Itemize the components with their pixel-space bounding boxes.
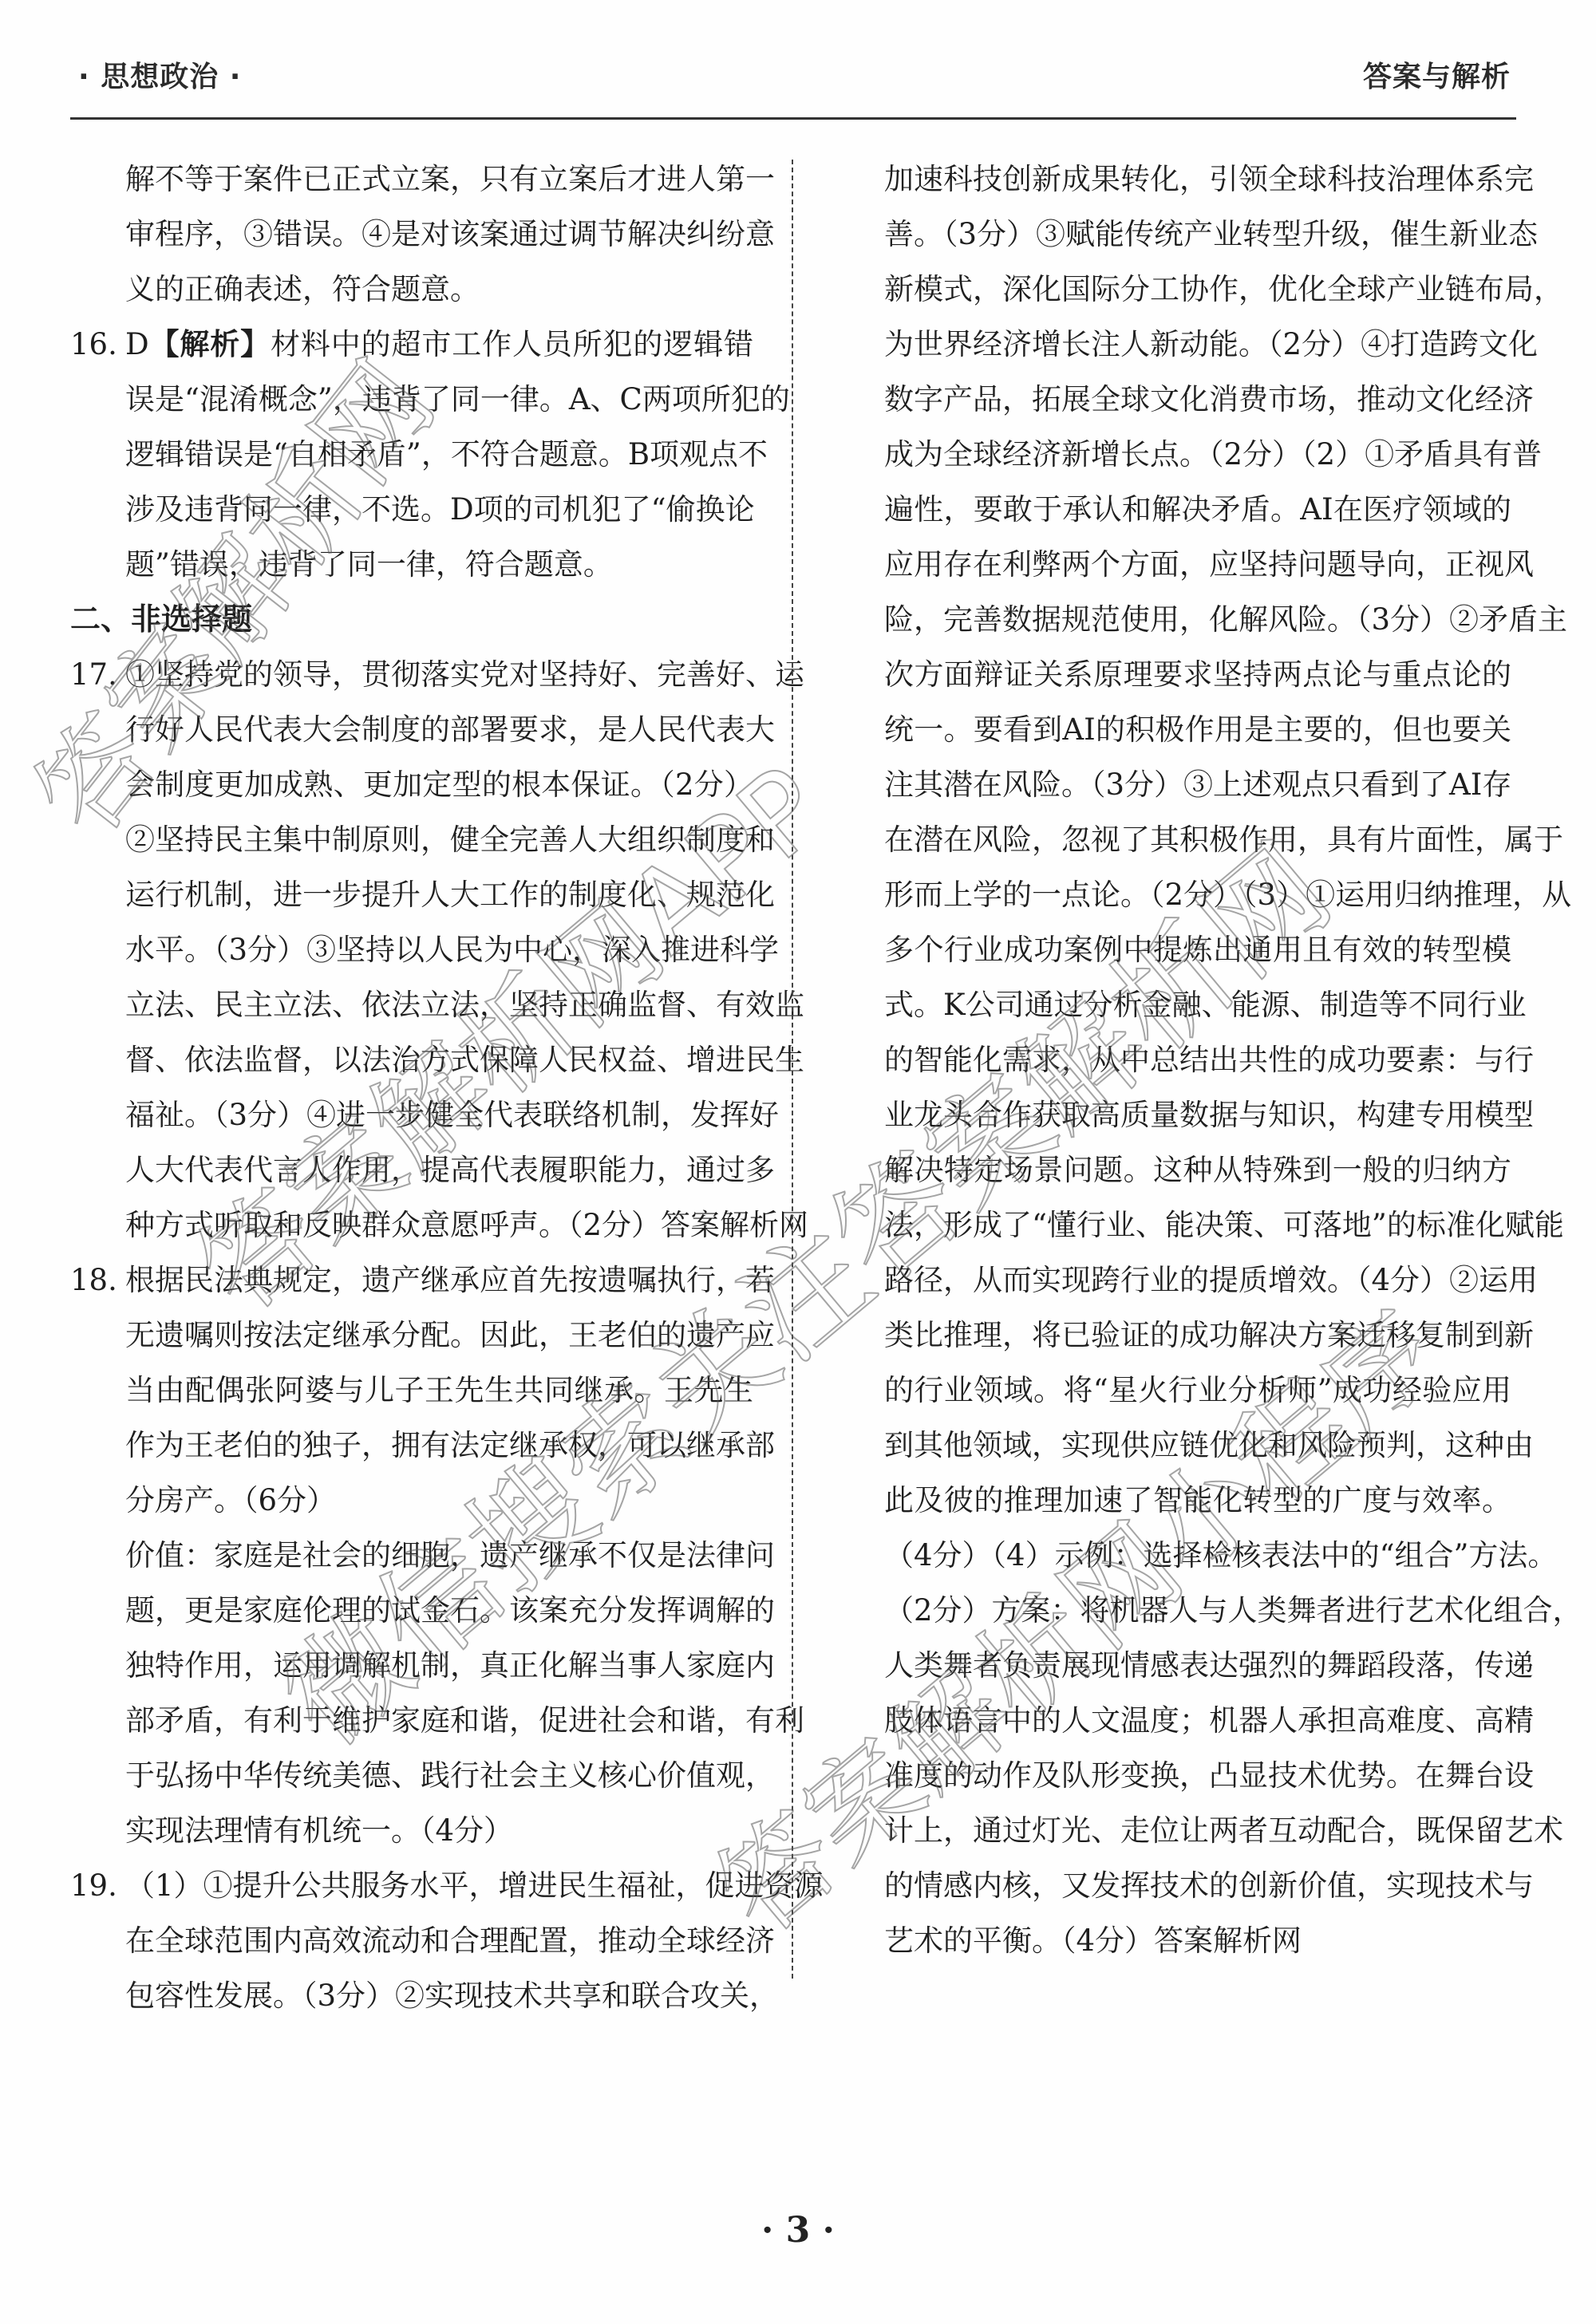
line-text: D【解析】材料中的超市工作人员所犯的逻辑错 bbox=[125, 317, 753, 372]
text-line: 次方面辩证关系原理要求坚持两点论与重点论的 bbox=[884, 647, 1511, 702]
line-text: 分房产。（6分） bbox=[125, 1473, 753, 1528]
text-line: 福祉。（3分）④进一步健全代表联络机制，发挥好 bbox=[70, 1087, 753, 1142]
line-text: 价值：家庭是社会的细胞，遗产继承不仅是法律问 bbox=[125, 1528, 753, 1583]
line-text: 水平。（3分）③坚持以人民为中心，深入推进科学 bbox=[125, 922, 753, 977]
line-text: 次方面辩证关系原理要求坚持两点论与重点论的 bbox=[884, 647, 1511, 702]
line-text: 误是“混淆概念”，违背了同一律。A、C两项所犯的 bbox=[125, 372, 753, 427]
line-text: 式。K公司通过分析金融、能源、制造等不同行业 bbox=[884, 977, 1511, 1032]
line-text: 独特作用，运用调解机制，真正化解当事人家庭内 bbox=[125, 1638, 753, 1693]
line-text: 涉及违背同一律，不选。D项的司机犯了“偷换论 bbox=[125, 482, 753, 537]
line-text: 无遗嘱则按法定继承分配。因此，王老伯的遗产应 bbox=[125, 1308, 753, 1363]
line-text: （2分）方案：将机器人与人类舞者进行艺术化组合， bbox=[884, 1583, 1511, 1638]
line-text: 业龙头合作获取高质量数据与知识，构建专用模型 bbox=[884, 1087, 1511, 1142]
text-line: 善。（3分）③赋能传统产业转型升级，催生新业态 bbox=[884, 207, 1511, 262]
text-line: 无遗嘱则按法定继承分配。因此，王老伯的遗产应 bbox=[70, 1308, 753, 1363]
text-line: 价值：家庭是社会的细胞，遗产继承不仅是法律问 bbox=[70, 1528, 753, 1583]
text-line: 包容性发展。（3分）②实现技术共享和联合攻关， bbox=[70, 1968, 753, 2023]
text-line: 16.D【解析】材料中的超市工作人员所犯的逻辑错 bbox=[70, 317, 753, 372]
line-text: 险，完善数据规范使用，化解风险。（3分）②矛盾主 bbox=[884, 592, 1511, 647]
question-number: 16. bbox=[70, 317, 117, 372]
line-text: 遍性，要敢于承认和解决矛盾。AI在医疗领域的 bbox=[884, 482, 1511, 537]
line-text: 运行机制，进一步提升人大工作的制度化、规范化 bbox=[125, 867, 753, 922]
line-text: 义的正确表述，符合题意。 bbox=[125, 262, 753, 317]
document-page: · 思想政治 · 答案与解析 解不等于案件已正式立案，只有立案后才进人第一审程序… bbox=[0, 0, 1596, 2324]
line-text: 审程序，③错误。④是对该案通过调节解决纠纷意 bbox=[125, 207, 753, 262]
question-number: 17. bbox=[70, 647, 117, 702]
text-line: 误是“混淆概念”，违背了同一律。A、C两项所犯的 bbox=[70, 372, 753, 427]
line-text: 统一。要看到AI的积极作用是主要的，但也要关 bbox=[884, 702, 1511, 757]
line-text: 于弘扬中华传统美德、践行社会主义核心价值观， bbox=[125, 1748, 753, 1803]
column-divider bbox=[792, 160, 793, 1979]
line-text: 法，形成了“懂行业、能决策、可落地”的标准化赋能 bbox=[884, 1198, 1511, 1253]
text-line: 的情感内核，又发挥技术的创新价值，实现技术与 bbox=[884, 1858, 1511, 1913]
text-line: 18.根据民法典规定，遗产继承应首先按遗嘱执行，若 bbox=[70, 1253, 753, 1308]
text-line: 当由配偶张阿婆与儿子王先生共同继承。王先生 bbox=[70, 1363, 753, 1418]
text-line: 类比推理，将已验证的成功解决方案迁移复制到新 bbox=[884, 1308, 1511, 1363]
text-line: 作为王老伯的独子，拥有法定继承权，可以继承部 bbox=[70, 1418, 753, 1473]
line-text: 人大代表代言人作用，提高代表履职能力，通过多 bbox=[125, 1142, 753, 1198]
text-line: 实现法理情有机统一。（4分） bbox=[70, 1803, 753, 1858]
text-line: 肢体语言中的人文温度；机器人承担高难度、高精 bbox=[884, 1693, 1511, 1748]
text-line: 于弘扬中华传统美德、践行社会主义核心价值观， bbox=[70, 1748, 753, 1803]
text-line: 解决特定场景问题。这种从特殊到一般的归纳方 bbox=[884, 1142, 1511, 1198]
line-text: （4分）（4）示例：选择检核表法中的“组合”方法。 bbox=[884, 1528, 1511, 1583]
text-line: 为世界经济增长注人新动能。（2分）④打造跨文化 bbox=[884, 317, 1511, 372]
line-text: 的行业领域。将“星火行业分析师”成功经验应用 bbox=[884, 1363, 1511, 1418]
text-line: 立法、民主立法、依法立法，坚持正确监督、有效监 bbox=[70, 977, 753, 1032]
text-line: 水平。（3分）③坚持以人民为中心，深入推进科学 bbox=[70, 922, 753, 977]
line-text: 到其他领域，实现供应链优化和风险预判，这种由 bbox=[884, 1418, 1511, 1473]
line-text: （1）①提升公共服务水平，增进民生福祉，促进资源 bbox=[125, 1858, 753, 1913]
line-text: 数字产品，拓展全球文化消费市场，推动文化经济 bbox=[884, 372, 1511, 427]
text-line: 独特作用，运用调解机制，真正化解当事人家庭内 bbox=[70, 1638, 753, 1693]
line-text: 路径，从而实现跨行业的提质增效。（4分）②运用 bbox=[884, 1253, 1511, 1308]
text-line: 法，形成了“懂行业、能决策、可落地”的标准化赋能 bbox=[884, 1198, 1511, 1253]
line-text: 加速科技创新成果转化，引领全球科技治理体系完 bbox=[884, 152, 1511, 207]
line-text: 在全球范围内高效流动和合理配置，推动全球经济 bbox=[125, 1913, 753, 1968]
line-text: 为世界经济增长注人新动能。（2分）④打造跨文化 bbox=[884, 317, 1511, 372]
line-text: 解不等于案件已正式立案，只有立案后才进人第一 bbox=[125, 152, 753, 207]
analysis-tag: 【解析】 bbox=[149, 327, 271, 361]
subject-header: · 思想政治 · bbox=[78, 54, 241, 95]
line-text: 艺术的平衡。（4分）答案解析网 bbox=[884, 1913, 1511, 1968]
text-line: 业龙头合作获取高质量数据与知识，构建专用模型 bbox=[884, 1087, 1511, 1142]
line-text: 种方式听取和反映群众意愿呼声。（2分）答案解析网 bbox=[125, 1198, 753, 1253]
line-text: ②坚持民主集中制原则，健全完善人大组织制度和 bbox=[125, 812, 753, 867]
text-line: 行好人民代表大会制度的部署要求，是人民代表大 bbox=[70, 702, 753, 757]
text-line: 险，完善数据规范使用，化解风险。（3分）②矛盾主 bbox=[884, 592, 1511, 647]
line-text: 注其潜在风险。（3分）③上述观点只看到了AI存 bbox=[884, 757, 1511, 812]
line-text: 善。（3分）③赋能传统产业转型升级，催生新业态 bbox=[884, 207, 1511, 262]
line-text: 新模式，深化国际分工协作，优化全球产业链布局， bbox=[884, 262, 1511, 317]
question-number: 18. bbox=[70, 1253, 117, 1308]
line-text: 准度的动作及队形变换，凸显技术优势。在舞台设 bbox=[884, 1748, 1511, 1803]
line-text: 人类舞者负责展现情感表达强烈的舞蹈段落，传递 bbox=[884, 1638, 1511, 1693]
text-line: （4分）（4）示例：选择检核表法中的“组合”方法。 bbox=[884, 1528, 1511, 1583]
line-text: 实现法理情有机统一。（4分） bbox=[125, 1803, 753, 1858]
line-text: 计上，通过灯光、走位让两者互动配合，既保留艺术 bbox=[884, 1803, 1511, 1858]
text-line: 审程序，③错误。④是对该案通过调节解决纠纷意 bbox=[70, 207, 753, 262]
line-text: 福祉。（3分）④进一步健全代表联络机制，发挥好 bbox=[125, 1087, 753, 1142]
line-text: 肢体语言中的人文温度；机器人承担高难度、高精 bbox=[884, 1693, 1511, 1748]
line-text: 形而上学的一点论。（2分）（3）①运用归纳推理，从 bbox=[884, 867, 1511, 922]
right-column: 加速科技创新成果转化，引领全球科技治理体系完善。（3分）③赋能传统产业转型升级，… bbox=[884, 152, 1511, 1968]
header-rule bbox=[70, 117, 1516, 120]
text-line: 运行机制，进一步提升人大工作的制度化、规范化 bbox=[70, 867, 753, 922]
line-text: 立法、民主立法、依法立法，坚持正确监督、有效监 bbox=[125, 977, 753, 1032]
text-line: 人大代表代言人作用，提高代表履职能力，通过多 bbox=[70, 1142, 753, 1198]
text-line: 应用存在利弊两个方面，应坚持问题导向，正视风 bbox=[884, 537, 1511, 592]
line-text: 的智能化需求，从中总结出共性的成功要素：与行 bbox=[884, 1032, 1511, 1087]
text-line: 统一。要看到AI的积极作用是主要的，但也要关 bbox=[884, 702, 1511, 757]
text-line: 此及彼的推理加速了智能化转型的广度与效率。 bbox=[884, 1473, 1511, 1528]
line-text: 部矛盾，有利于维护家庭和谐，促进社会和谐，有利 bbox=[125, 1693, 753, 1748]
section-header: 答案与解析 bbox=[1363, 54, 1511, 95]
text-line: 计上，通过灯光、走位让两者互动配合，既保留艺术 bbox=[884, 1803, 1511, 1858]
text-line: 路径，从而实现跨行业的提质增效。（4分）②运用 bbox=[884, 1253, 1511, 1308]
question-number: 19. bbox=[70, 1858, 117, 1913]
text-line: 19.（1）①提升公共服务水平，增进民生福祉，促进资源 bbox=[70, 1858, 753, 1913]
text-line: 准度的动作及队形变换，凸显技术优势。在舞台设 bbox=[884, 1748, 1511, 1803]
text-line: 的智能化需求，从中总结出共性的成功要素：与行 bbox=[884, 1032, 1511, 1087]
line-text: 应用存在利弊两个方面，应坚持问题导向，正视风 bbox=[884, 537, 1511, 592]
text-line: 形而上学的一点论。（2分）（3）①运用归纳推理，从 bbox=[884, 867, 1511, 922]
line-text: 类比推理，将已验证的成功解决方案迁移复制到新 bbox=[884, 1308, 1511, 1363]
text-line: 的行业领域。将“星火行业分析师”成功经验应用 bbox=[884, 1363, 1511, 1418]
line-text: 作为王老伯的独子，拥有法定继承权，可以继承部 bbox=[125, 1418, 753, 1473]
text-line: 遍性，要敢于承认和解决矛盾。AI在医疗领域的 bbox=[884, 482, 1511, 537]
line-text: 当由配偶张阿婆与儿子王先生共同继承。王先生 bbox=[125, 1363, 753, 1418]
text-line: 人类舞者负责展现情感表达强烈的舞蹈段落，传递 bbox=[884, 1638, 1511, 1693]
line-text: 逻辑错误是“自相矛盾”，不符合题意。B项观点不 bbox=[125, 427, 753, 482]
text-line: 解不等于案件已正式立案，只有立案后才进人第一 bbox=[70, 152, 753, 207]
line-text: 题，更是家庭伦理的试金石。该案充分发挥调解的 bbox=[125, 1583, 753, 1638]
line-text: 的情感内核，又发挥技术的创新价值，实现技术与 bbox=[884, 1858, 1511, 1913]
text-line: 逻辑错误是“自相矛盾”，不符合题意。B项观点不 bbox=[70, 427, 753, 482]
text-line: 17.①坚持党的领导，贯彻落实党对坚持好、完善好、运 bbox=[70, 647, 753, 702]
line-text: 行好人民代表大会制度的部署要求，是人民代表大 bbox=[125, 702, 753, 757]
text-line: 数字产品，拓展全球文化消费市场，推动文化经济 bbox=[884, 372, 1511, 427]
line-text: 督、依法监督，以法治方式保障人民权益、增进民生 bbox=[125, 1032, 753, 1087]
text-line: 加速科技创新成果转化，引领全球科技治理体系完 bbox=[884, 152, 1511, 207]
left-column: 解不等于案件已正式立案，只有立案后才进人第一审程序，③错误。④是对该案通过调节解… bbox=[70, 152, 753, 2023]
text-line: 式。K公司通过分析金融、能源、制造等不同行业 bbox=[884, 977, 1511, 1032]
section-heading: 二、非选择题 bbox=[70, 592, 753, 647]
text-line: 题”错误，违背了同一律，符合题意。 bbox=[70, 537, 753, 592]
text-line: 多个行业成功案例中提炼出通用且有效的转型模 bbox=[884, 922, 1511, 977]
text-line: 涉及违背同一律，不选。D项的司机犯了“偷换论 bbox=[70, 482, 753, 537]
text-line: 注其潜在风险。（3分）③上述观点只看到了AI存 bbox=[884, 757, 1511, 812]
text-line: 成为全球经济新增长点。（2分）（2）①矛盾具有普 bbox=[884, 427, 1511, 482]
line-text: 包容性发展。（3分）②实现技术共享和联合攻关， bbox=[125, 1968, 753, 2023]
line-text: 解决特定场景问题。这种从特殊到一般的归纳方 bbox=[884, 1142, 1511, 1198]
line-text: 成为全球经济新增长点。（2分）（2）①矛盾具有普 bbox=[884, 427, 1511, 482]
text-line: 到其他领域，实现供应链优化和风险预判，这种由 bbox=[884, 1418, 1511, 1473]
text-line: 在全球范围内高效流动和合理配置，推动全球经济 bbox=[70, 1913, 753, 1968]
text-line: 在潜在风险，忽视了其积极作用，具有片面性，属于 bbox=[884, 812, 1511, 867]
text-line: ②坚持民主集中制原则，健全完善人大组织制度和 bbox=[70, 812, 753, 867]
text-line: 分房产。（6分） bbox=[70, 1473, 753, 1528]
text-line: 题，更是家庭伦理的试金石。该案充分发挥调解的 bbox=[70, 1583, 753, 1638]
text-line: 督、依法监督，以法治方式保障人民权益、增进民生 bbox=[70, 1032, 753, 1087]
page-number: · 3 · bbox=[0, 2210, 1596, 2251]
text-line: 会制度更加成熟、更加定型的根本保证。（2分） bbox=[70, 757, 753, 812]
line-text: 多个行业成功案例中提炼出通用且有效的转型模 bbox=[884, 922, 1511, 977]
line-text: 二、非选择题 bbox=[70, 592, 753, 647]
text-line: 义的正确表述，符合题意。 bbox=[70, 262, 753, 317]
line-text: 根据民法典规定，遗产继承应首先按遗嘱执行，若 bbox=[125, 1253, 753, 1308]
line-text: ①坚持党的领导，贯彻落实党对坚持好、完善好、运 bbox=[125, 647, 753, 702]
text-line: 部矛盾，有利于维护家庭和谐，促进社会和谐，有利 bbox=[70, 1693, 753, 1748]
text-line: 艺术的平衡。（4分）答案解析网 bbox=[884, 1913, 1511, 1968]
text-line: （2分）方案：将机器人与人类舞者进行艺术化组合， bbox=[884, 1583, 1511, 1638]
text-line: 种方式听取和反映群众意愿呼声。（2分）答案解析网 bbox=[70, 1198, 753, 1253]
line-text: 此及彼的推理加速了智能化转型的广度与效率。 bbox=[884, 1473, 1511, 1528]
line-text: 会制度更加成熟、更加定型的根本保证。（2分） bbox=[125, 757, 753, 812]
line-text: 在潜在风险，忽视了其积极作用，具有片面性，属于 bbox=[884, 812, 1511, 867]
text-line: 新模式，深化国际分工协作，优化全球产业链布局， bbox=[884, 262, 1511, 317]
line-text: 题”错误，违背了同一律，符合题意。 bbox=[125, 537, 753, 592]
